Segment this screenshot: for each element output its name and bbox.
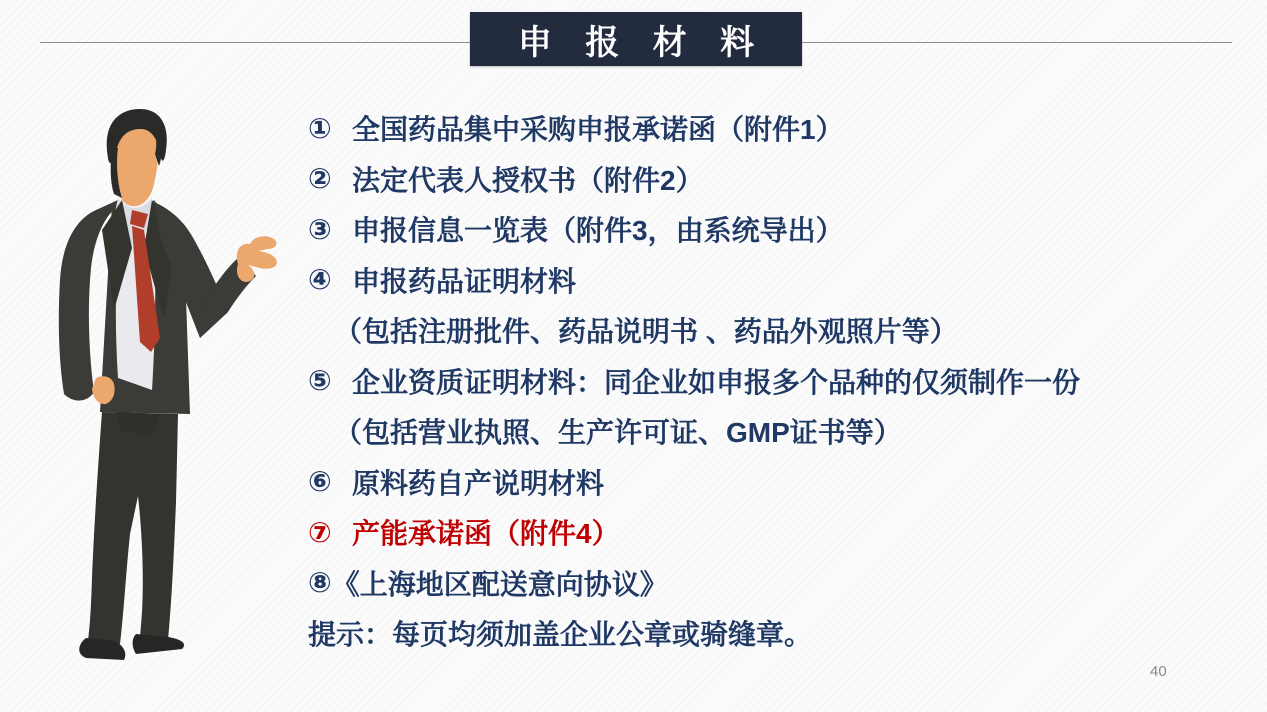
item-text: （包括注册批件、药品说明书 、药品外观照片等） (334, 310, 958, 350)
circled-number-icon: ⑦ (308, 516, 342, 549)
page-title: 申 报 材 料 (506, 15, 766, 64)
item-text: 企业资质证明材料：同企业如申报多个品种的仅须制作一份 (352, 361, 1080, 401)
right-shoe (133, 634, 184, 654)
list-item-10: ⑧《上海地区配送意向协议》 (308, 558, 1228, 609)
item-text: 全国药品集中采购申报承诺函（附件1） (352, 108, 844, 148)
item-text: 《上海地区配送意向协议》 (332, 563, 668, 603)
right-hand (237, 236, 277, 282)
note-line: 提示：每页均须加盖企业公章或骑缝章。 (308, 608, 1228, 659)
title-banner: 申 报 材 料 (470, 12, 802, 66)
circled-number-icon: ① (308, 112, 342, 145)
materials-list: ①全国药品集中采购申报承诺函（附件1）②法定代表人授权书（附件2）③申报信息一览… (308, 103, 1228, 659)
item-text: 产能承诺函（附件4） (352, 512, 620, 552)
item-text: 原料药自产说明材料 (352, 462, 604, 502)
list-item-1: ①全国药品集中采购申报承诺函（附件1） (308, 103, 1228, 154)
circled-number-icon: ④ (308, 263, 342, 296)
circled-number-icon: ② (308, 162, 342, 195)
left-hand (92, 376, 115, 404)
circled-number-icon: ③ (308, 213, 342, 246)
list-item-2: ②法定代表人授权书（附件2） (308, 154, 1228, 205)
list-item-4: ④申报药品证明材料 (308, 255, 1228, 306)
item-text: 申报信息一览表（附件3，由系统导出） (352, 209, 844, 249)
pants (88, 412, 178, 644)
continuation-line: （包括营业执照、生产许可证、GMP证书等） (308, 406, 1228, 457)
item-text: 申报药品证明材料 (352, 260, 576, 300)
item-text: 提示：每页均须加盖企业公章或骑缝章。 (308, 613, 812, 653)
list-item-9: ⑦产能承诺函（附件4） (308, 507, 1228, 558)
list-item-6: ⑤企业资质证明材料：同企业如申报多个品种的仅须制作一份 (308, 356, 1228, 407)
jacket-tail (116, 412, 160, 434)
page-number: 40 (1150, 663, 1167, 680)
circled-number-icon: ⑧ (308, 566, 332, 599)
slide: 申 报 材 料 ①全国药品集中采购申报承诺函 (0, 0, 1267, 712)
circled-number-icon: ⑥ (308, 465, 342, 498)
item-text: 法定代表人授权书（附件2） (352, 159, 704, 199)
continuation-line: （包括注册批件、药品说明书 、药品外观照片等） (308, 305, 1228, 356)
businessman-illustration (56, 98, 282, 664)
circled-number-icon: ⑤ (308, 364, 342, 397)
item-text: （包括营业执照、生产许可证、GMP证书等） (334, 411, 902, 451)
list-item-8: ⑥原料药自产说明材料 (308, 457, 1228, 508)
list-item-3: ③申报信息一览表（附件3，由系统导出） (308, 204, 1228, 255)
